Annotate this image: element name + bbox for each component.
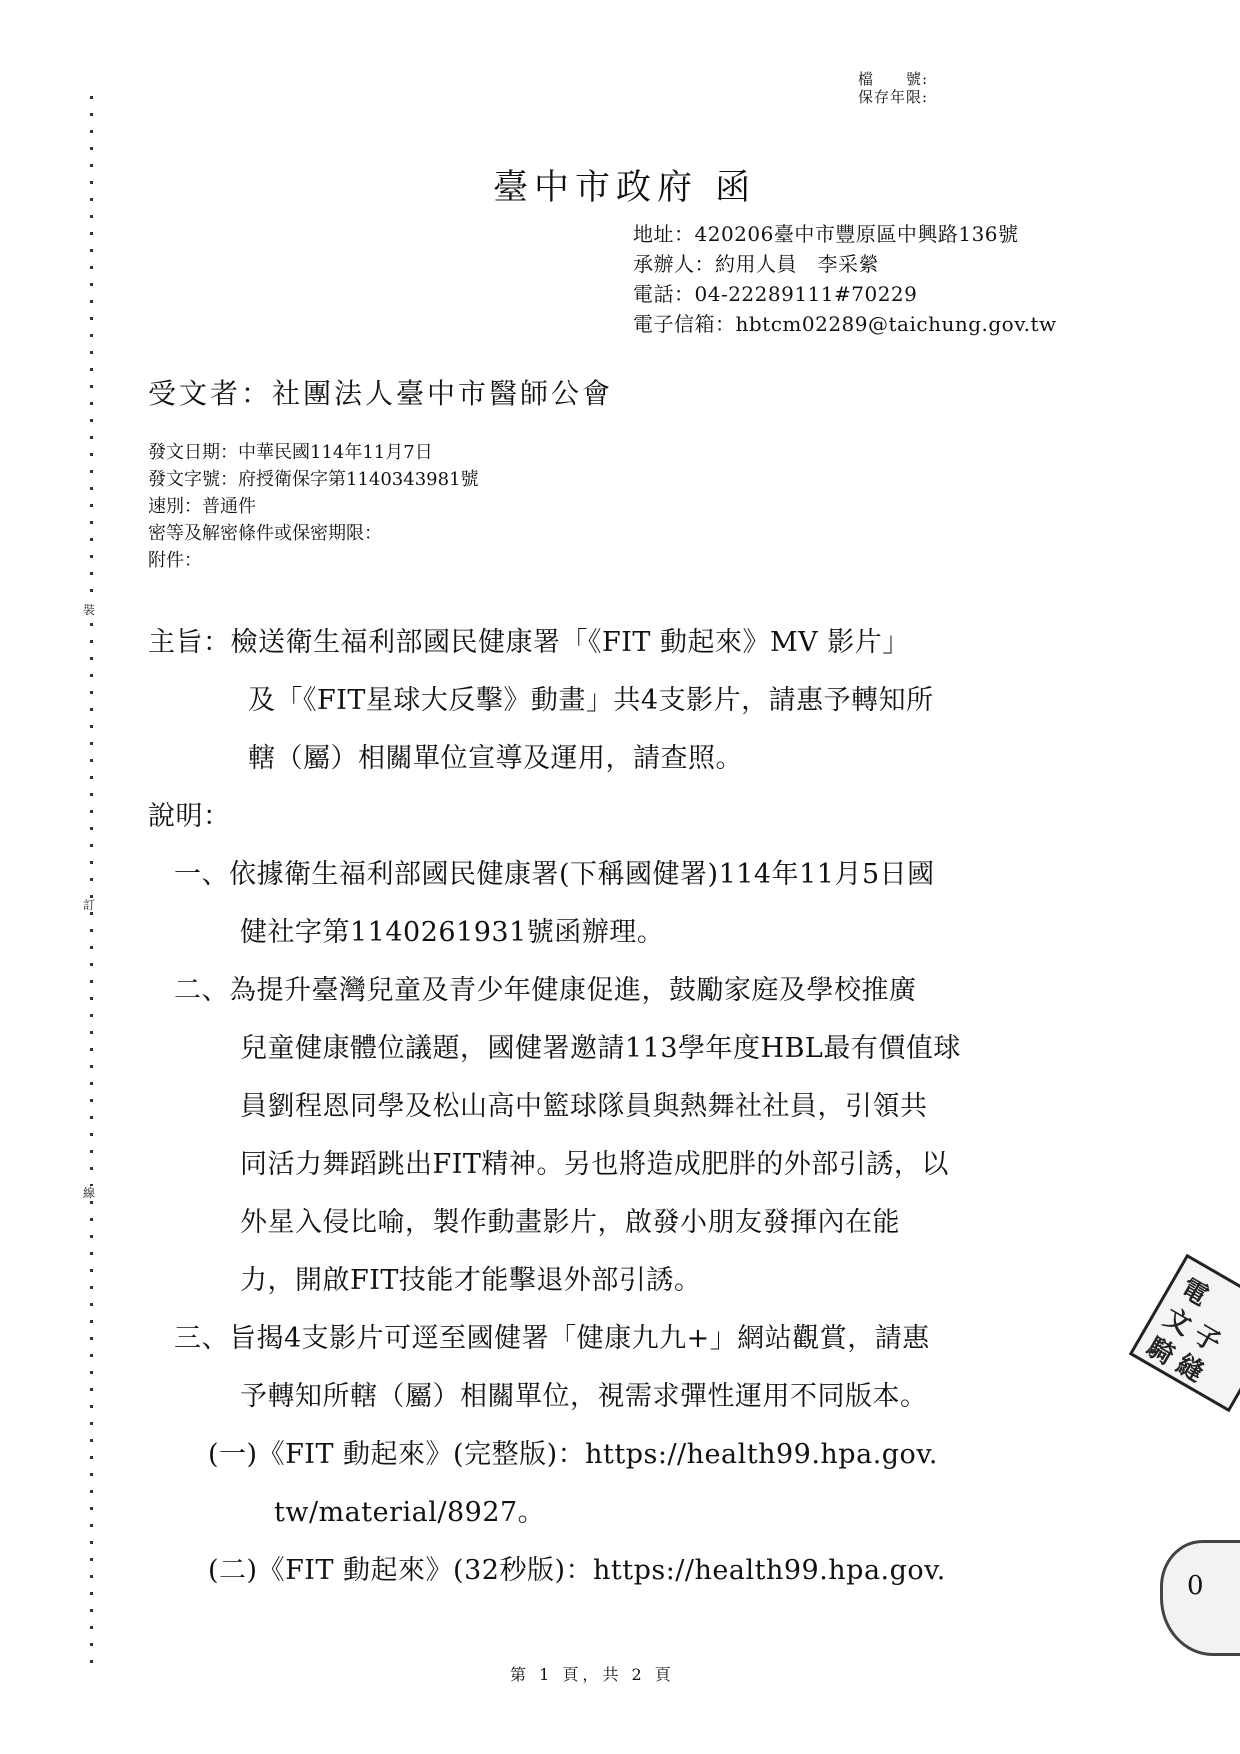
margin-dot [90,572,93,575]
margin-dot [90,1065,93,1068]
margin-dot [90,1422,93,1425]
margin-dot [90,1660,93,1663]
margin-dot [90,810,93,813]
margin-dot [90,351,93,354]
margin-dot [90,1507,93,1510]
margin-dot [90,1643,93,1646]
margin-dot [90,215,93,218]
phone: 電話：04-22289111#70229 [633,279,1057,309]
margin-dot [90,1558,93,1561]
margin-dot [90,453,93,456]
file-meta: 檔 號: 保存年限: [858,70,928,106]
margin-dot [90,1235,93,1238]
margin-dot [90,198,93,201]
margin-dot [90,640,93,643]
margin-dot [90,691,93,694]
margin-dot [90,147,93,150]
margin-dot [90,844,93,847]
margin-dot [90,130,93,133]
margin-dot [90,419,93,422]
margin-dot [90,1116,93,1119]
margin-dot [90,1592,93,1595]
explanation-item-2-line: 員劉程恩同學及松山高中籃球隊員與熱舞社社員，引領共 [240,1084,928,1123]
binding-mark-staple: 訂 [83,898,95,912]
margin-dot [90,470,93,473]
explanation-item-3-line: 三、旨揭4支影片可逕至國健署「健康九九+」網站觀賞，請惠 [174,1316,930,1355]
explanation-item-1-line: 健社字第1140261931號函辦理。 [240,910,664,949]
margin-dot [90,487,93,490]
margin-dot [90,980,93,983]
margin-dot [90,997,93,1000]
margin-dot [90,946,93,949]
margin-dot [90,538,93,541]
page-seal-stamp: 0 [1160,1540,1240,1656]
margin-dot [90,1252,93,1255]
explanation-item-2-line: 外星入侵比喻，製作動畫影片，啟發小朋友發揮內在能 [240,1200,900,1239]
margin-dot [90,266,93,269]
margin-dot [90,1490,93,1493]
subject-line: 及「《FIT星球大反擊》動畫」共4支影片，請惠予轉知所 [248,678,934,717]
email: 電子信箱：hbtcm02289@taichung.gov.tw [633,309,1057,339]
attachment: 附件： [148,547,479,574]
subject-line: 轄（屬）相關單位宣導及運用，請查照。 [248,736,743,775]
margin-dot [90,1150,93,1153]
margin-dot [90,1473,93,1476]
explanation-heading: 說明： [148,794,231,833]
retention-label: 保存年限: [858,88,928,106]
margin-dot [90,334,93,337]
margin-dot [90,1048,93,1051]
margin-dot [90,436,93,439]
margin-dot [90,657,93,660]
margin-dot [90,623,93,626]
binding-margin-line [88,96,94,1676]
document-title: 臺中市政府 函 [493,160,756,210]
margin-dot [90,232,93,235]
document-meta: 發文日期：中華民國114年11月7日 發文字號：府授衛保字第1140343981… [148,439,479,574]
margin-dot [90,300,93,303]
margin-dot [90,1405,93,1408]
explanation-item-3-line: 予轉知所轄（屬）相關單位，視需求彈性運用不同版本。 [240,1374,928,1413]
margin-dot [90,674,93,677]
subitem-2-line: (二)《FIT 動起來》(32秒版)：https://health99.hpa.… [208,1548,946,1587]
margin-dot [90,1371,93,1374]
margin-dot [90,317,93,320]
margin-dot [90,827,93,830]
margin-dot [90,113,93,116]
subject-line: 主旨：檢送衛生福利部國民健康署「《FIT 動起來》MV 影片」 [148,620,910,659]
margin-dot [90,1354,93,1357]
margin-dot [90,385,93,388]
handler: 承辦人：約用人員 李采縈 [633,249,1057,279]
margin-dot [90,1014,93,1017]
margin-dot [90,1201,93,1204]
explanation-item-1-line: 一、依據衛生福利部國民健康署(下稱國健署)114年11月5日國 [174,852,935,891]
margin-dot [90,1575,93,1578]
margin-dot [90,402,93,405]
margin-dot [90,1609,93,1612]
margin-dot [90,725,93,728]
explanation-item-2-line: 同活力舞蹈跳出FIT精神。另也將造成肥胖的外部引誘，以 [240,1142,949,1181]
margin-dot [90,249,93,252]
margin-dot [90,963,93,966]
doc-number: 發文字號：府授衛保字第1140343981號 [148,466,479,493]
margin-dot [90,1320,93,1323]
margin-dot [90,1439,93,1442]
margin-dot [90,742,93,745]
subitem-1-line: (一)《FIT 動起來》(完整版)：https://health99.hpa.g… [208,1432,938,1471]
page-number: 第 1 頁，共 2 頁 [510,1662,675,1685]
margin-dot [90,1218,93,1221]
explanation-item-2-line: 兒童健康體位議題，國健署邀請113學年度HBL最有價值球 [240,1026,961,1065]
margin-dot [90,504,93,507]
margin-dot [90,1524,93,1527]
margin-dot [90,776,93,779]
margin-dot [90,1031,93,1034]
speed: 速別：普通件 [148,493,479,520]
margin-dot [90,1167,93,1170]
margin-dot [90,555,93,558]
seam-seal-stamp: 電 文 子 騎 縫 [1129,1254,1240,1412]
margin-dot [90,1337,93,1340]
margin-dot [90,181,93,184]
subitem-1-line: tw/material/8927。 [274,1490,545,1529]
margin-dot [90,1303,93,1306]
margin-dot [90,793,93,796]
margin-dot [90,1456,93,1459]
margin-dot [90,96,93,99]
margin-dot [90,929,93,932]
file-number-label: 檔 號: [858,70,928,88]
issue-date: 發文日期：中華民國114年11月7日 [148,439,479,466]
margin-dot [90,1099,93,1102]
binding-mark-bind: 裝 [83,603,95,617]
binding-mark-line: 線 [83,1186,95,1200]
address: 地址：420206臺中市豐原區中興路136號 [633,219,1057,249]
margin-dot [90,1286,93,1289]
margin-dot [90,912,93,915]
margin-dot [90,283,93,286]
margin-dot [90,878,93,881]
margin-dot [90,521,93,524]
margin-dot [90,1269,93,1272]
margin-dot [90,759,93,762]
explanation-item-2-line: 二、為提升臺灣兒童及青少年健康促進，鼓勵家庭及學校推廣 [174,968,917,1007]
margin-dot [90,1133,93,1136]
margin-dot [90,368,93,371]
margin-dot [90,1541,93,1544]
recipient: 受文者：社團法人臺中市醫師公會 [148,372,613,412]
secrecy: 密等及解密條件或保密期限： [148,520,479,547]
margin-dot [90,861,93,864]
margin-dot [90,1082,93,1085]
contact-info: 地址：420206臺中市豐原區中興路136號 承辦人：約用人員 李采縈 電話：0… [633,219,1057,339]
margin-dot [90,164,93,167]
stamp-number: 0 [1187,1571,1204,1601]
margin-dot [90,1388,93,1391]
margin-dot [90,1626,93,1629]
margin-dot [90,589,93,592]
explanation-item-2-line: 力，開啟FIT技能才能擊退外部引誘。 [240,1258,701,1297]
margin-dot [90,708,93,711]
